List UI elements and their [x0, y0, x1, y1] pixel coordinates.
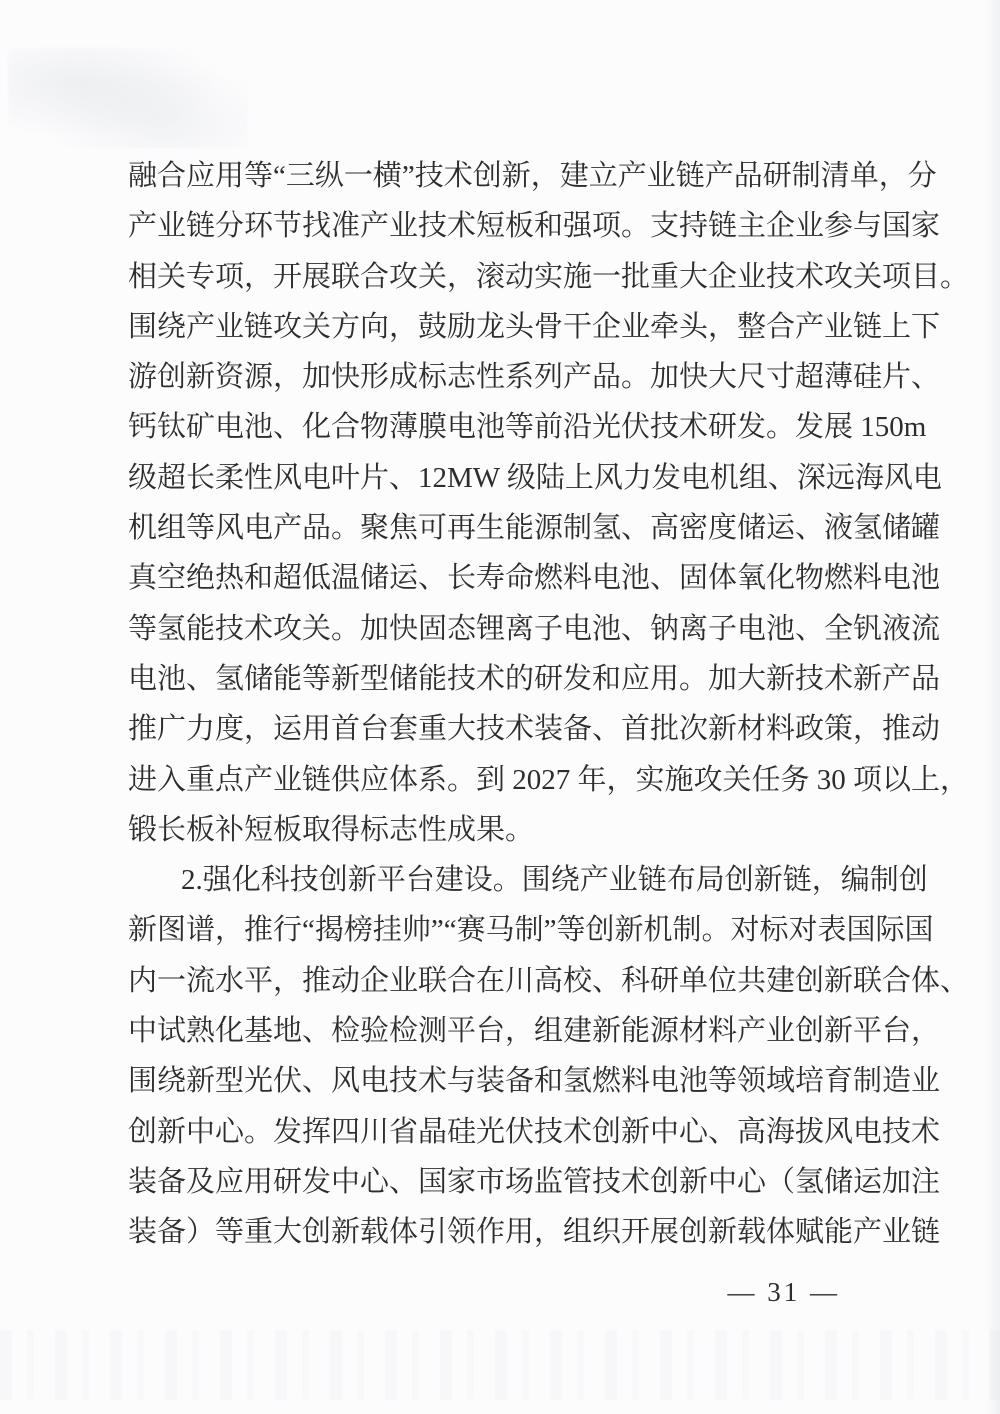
- document-page: 融合应用等“三纵一横”技术创新，建立产业链产品研制清单，分 产业链分环节找准产业…: [0, 0, 1000, 1414]
- text-line: 等氢能技术攻关。加快固态锂离子电池、钠离子电池、全钒液流: [128, 604, 872, 654]
- text-line: 融合应用等“三纵一横”技术创新，建立产业链产品研制清单，分: [128, 151, 872, 201]
- text-line: 真空绝热和超低温储运、长寿命燃料电池、固体氧化物燃料电池: [128, 553, 872, 603]
- text-line: 内一流水平，推动企业联合在川高校、科研单位共建创新联合体、: [128, 956, 872, 1006]
- text-line: 相关专项，开展联合攻关，滚动实施一批重大企业技术攻关项目。: [128, 252, 872, 302]
- text-line: 装备及应用研发中心、国家市场监管技术创新中心（氢储运加注: [128, 1157, 872, 1207]
- text-line: 推广力度，运用首台套重大技术装备、首批次新材料政策，推动: [128, 704, 872, 754]
- text-line: 创新中心。发挥四川省晶硅光伏技术创新中心、高海拔风电技术: [128, 1107, 872, 1157]
- scan-artifact-bottom: [0, 1330, 1000, 1400]
- text-line: 产业链分环节找准产业技术短板和强项。支持链主企业参与国家: [128, 201, 872, 251]
- page-number: — 31 —: [728, 1272, 841, 1312]
- text-line: 围绕新型光伏、风电技术与装备和氢燃料电池等领域培育制造业: [128, 1056, 872, 1106]
- scan-artifact-right-edge: [986, 0, 1000, 1414]
- text-line: 围绕产业链攻关方向，鼓励龙头骨干企业牵头，整合产业链上下: [128, 302, 872, 352]
- text-line: 中试熟化基地、检验检测平台，组建新能源材料产业创新平台，: [128, 1006, 872, 1056]
- text-line: 钙钛矿电池、化合物薄膜电池等前沿光伏技术研发。发展 150m: [128, 402, 872, 452]
- text-line: 电池、氢储能等新型储能技术的研发和应用。加大新技术新产品: [128, 654, 872, 704]
- text-line: 进入重点产业链供应体系。到 2027 年，实施攻关任务 30 项以上，: [128, 755, 872, 805]
- text-line-paragraph-end: 锻长板补短板取得标志性成果。: [128, 805, 872, 855]
- text-line: 游创新资源，加快形成标志性系列产品。加快大尺寸超薄硅片、: [128, 352, 872, 402]
- text-line: 新图谱，推行“揭榜挂帅”“赛马制”等创新机制。对标对表国际国: [128, 905, 872, 955]
- text-line: 机组等风电产品。聚焦可再生能源制氢、高密度储运、液氢储罐: [128, 503, 872, 553]
- text-line: 级超长柔性风电叶片、12MW 级陆上风力发电机组、深远海风电: [128, 453, 872, 503]
- text-line-paragraph-start: 2.强化科技创新平台建设。围绕产业链布局创新链，编制创: [128, 855, 872, 905]
- scan-artifact-top-left: [8, 48, 248, 148]
- page-body: 融合应用等“三纵一横”技术创新，建立产业链产品研制清单，分 产业链分环节找准产业…: [128, 151, 872, 1258]
- text-line: 装备）等重大创新载体引领作用，组织开展创新载体赋能产业链: [128, 1207, 872, 1257]
